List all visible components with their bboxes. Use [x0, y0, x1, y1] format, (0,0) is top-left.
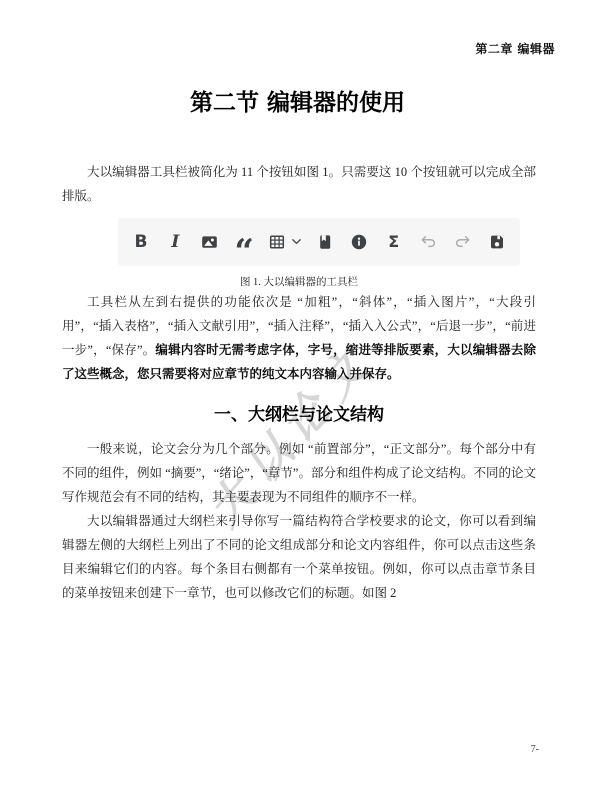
- figure-caption: 图 1. 大以编辑器的工具栏: [62, 275, 536, 290]
- document-page: 第二章 编辑器 第二节 编辑器的使用 大以论文 大以编辑器工具栏被简化为 11 …: [0, 0, 595, 807]
- book-bookmark-icon: [316, 233, 334, 251]
- info-icon: [350, 233, 368, 251]
- save-icon: [488, 233, 506, 251]
- insert-table-button: [268, 233, 302, 251]
- insert-formula-button: Σ: [383, 230, 405, 254]
- sigma-icon: Σ: [388, 234, 399, 250]
- page-number: 7-: [531, 744, 539, 755]
- insert-citation-button: [314, 230, 336, 254]
- italic-button: I: [164, 230, 186, 254]
- table-icon: [268, 233, 286, 251]
- running-header: 第二章 编辑器: [475, 40, 555, 57]
- blockquote-button: “: [233, 230, 255, 254]
- functions-paragraph: 工具栏从左到右提供的功能依次是 “加粗”，“斜体”，“插入图片”，“大段引用”，…: [62, 290, 536, 386]
- structure-paragraph: 一般来说，论文会分为几个部分。例如 “前置部分”，“正文部分”。每个部分中有不同…: [62, 437, 536, 509]
- redo-button: [452, 230, 474, 254]
- toolbar-figure: B I “: [62, 218, 536, 290]
- redo-arrow-icon: [453, 233, 472, 251]
- content-column: 大以编辑器工具栏被简化为 11 个按钮如图 1。只需要这 10 个按钮就可以完成…: [62, 160, 536, 605]
- editor-toolbar-image: B I “: [118, 218, 520, 266]
- intro-paragraph: 大以编辑器工具栏被简化为 11 个按钮如图 1。只需要这 10 个按钮就可以完成…: [62, 160, 536, 208]
- chevron-down-icon: [291, 238, 302, 246]
- bold-button: B: [130, 230, 152, 254]
- image-icon: [200, 233, 219, 251]
- insert-note-button: [348, 230, 370, 254]
- insert-image-button: [199, 230, 221, 254]
- undo-button: [417, 230, 439, 254]
- save-button: [486, 230, 508, 254]
- italic-icon: I: [171, 234, 179, 251]
- outline-paragraph: 大以编辑器通过大纲栏来引导你写一篇结构符合学校要求的论文，你可以看到编辑器左侧的…: [62, 509, 536, 605]
- bold-icon: B: [135, 234, 148, 251]
- section-heading: 一、大纲栏与论文结构: [62, 402, 536, 428]
- undo-arrow-icon: [419, 233, 438, 251]
- page-title: 第二节 编辑器的使用: [0, 84, 595, 117]
